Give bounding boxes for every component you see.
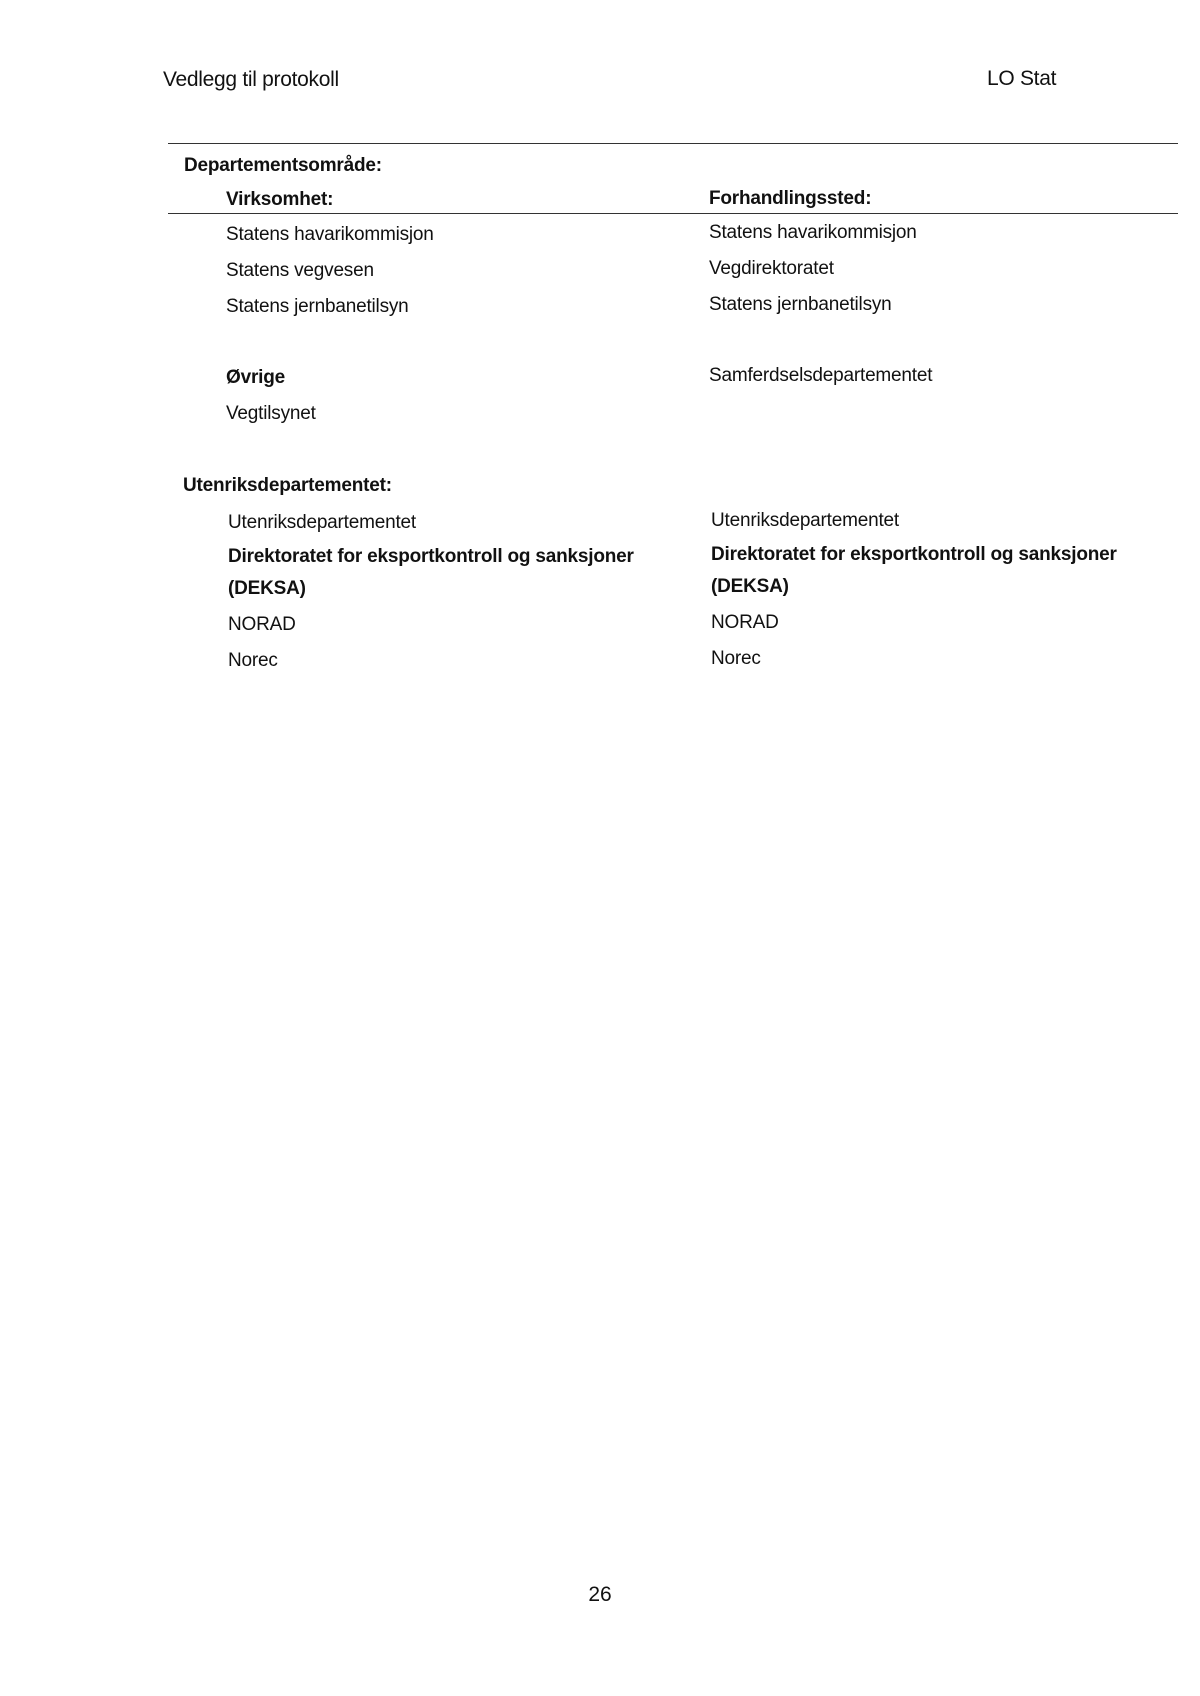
virksomhet-cell: Utenriksdepartementet (228, 512, 416, 534)
forhandlingssted-cell: (DEKSA) (711, 576, 789, 598)
virksomhet-cell: NORAD (228, 614, 296, 636)
virksomhet-cell: Statens jernbanetilsyn (226, 296, 409, 318)
forhandlingssted-cell: Direktoratet for eksportkontroll og sank… (711, 544, 1117, 566)
virksomhet-cell: (DEKSA) (228, 578, 306, 600)
table-header-rule (168, 213, 1178, 214)
forhandlingssted-cell: Norec (711, 648, 761, 670)
forhandlingssted-cell: Vegdirektoratet (709, 258, 834, 280)
forhandlingssted-cell: Statens jernbanetilsyn (709, 294, 892, 316)
department-heading-utenriksdepartementet: Utenriksdepartementet: (183, 475, 392, 497)
column-header-forhandlingssted: Forhandlingssted: (709, 188, 871, 210)
forhandlingssted-cell: Samferdselsdepartementet (709, 365, 932, 387)
document-header-title: Vedlegg til protokoll (163, 68, 339, 92)
virksomhet-cell: Norec (228, 650, 278, 672)
forhandlingssted-cell: Statens havarikommisjon (709, 222, 917, 244)
ovrige-label: Øvrige (226, 367, 285, 389)
document-header-organization: LO Stat (987, 67, 1056, 91)
forhandlingssted-cell: Utenriksdepartementet (711, 510, 899, 532)
virksomhet-cell: Vegtilsynet (226, 403, 316, 425)
forhandlingssted-cell: NORAD (711, 612, 779, 634)
virksomhet-cell: Statens havarikommisjon (226, 224, 434, 246)
virksomhet-cell: Direktoratet for eksportkontroll og sank… (228, 546, 634, 568)
table-top-rule (168, 143, 1178, 144)
virksomhet-cell: Statens vegvesen (226, 260, 374, 282)
section-label-departementsomrade: Departementsområde: (184, 155, 382, 177)
column-header-virksomhet: Virksomhet: (226, 189, 333, 211)
page-number: 26 (0, 1583, 1200, 1607)
